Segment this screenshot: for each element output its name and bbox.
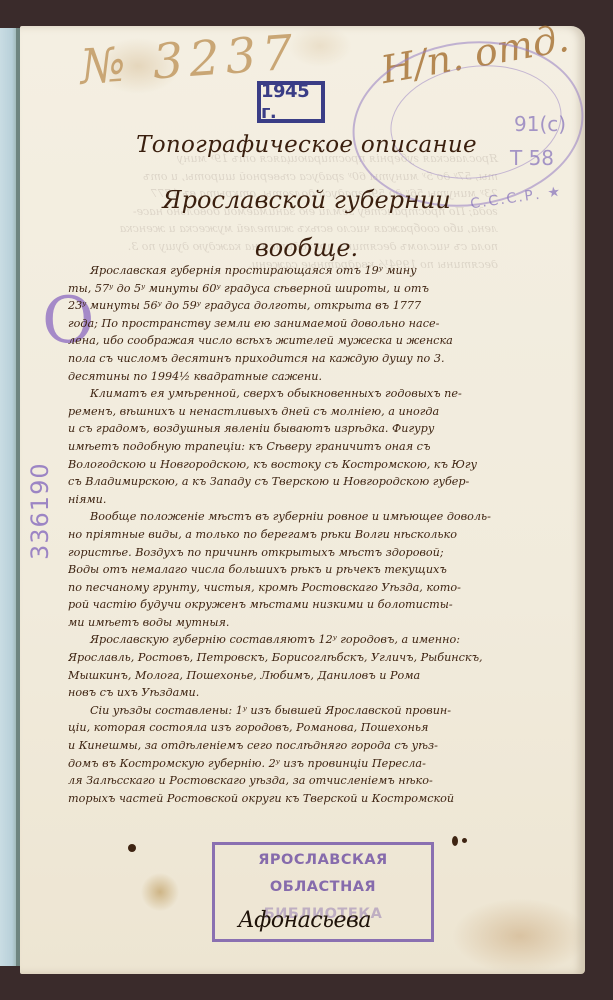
signature: Афонасьева	[238, 908, 371, 933]
text-line: торыхъ частей Ростовской округи къ Тверс…	[68, 790, 498, 808]
text-line: гористѣе. Воздухъ по причинѣ открытыхъ м…	[68, 544, 498, 562]
text-line: ля Залѣсскаго и Ростовскаго уѣзда, за от…	[68, 772, 498, 790]
text-line: ременъ, вѣшнихъ и ненастливыхъ дней съ м…	[68, 403, 498, 421]
text-line: Вообще положеніе мѣстъ въ губерніи ровно…	[68, 508, 498, 526]
text-line: имѣетъ подобную трапеціи: къ Сѣверу гран…	[68, 438, 498, 456]
text-line: Воды отъ немалаго числа большихъ рѣкъ и …	[68, 561, 498, 579]
text-line: по песчаному грунту, чистыя, кромѣ Росто…	[68, 579, 498, 597]
text-line: Мышкинъ, Молога, Пошехонье, Любимъ, Дани…	[68, 667, 498, 685]
text-line: Ярославская губернія простирающаяся отъ …	[68, 262, 498, 280]
text-line: Сіи уѣзды составлены: 1ʸ изъ бывшей Ярос…	[68, 702, 498, 720]
inventory-number: 336190	[26, 462, 54, 560]
library-stamp-line-2: ОБЛАСТНАЯ	[215, 874, 431, 901]
text-line: ніями.	[68, 491, 498, 509]
document-title-line-2: Ярославской губернии	[0, 186, 613, 214]
library-stamp-line-1: ЯРОСЛАВСКАЯ	[215, 847, 431, 874]
text-line: 23ʸ минуты 56ʸ до 59ʸ градуса долготы, о…	[68, 297, 498, 315]
text-line: и Кинешмы, за отдѣленіемъ сего послѣдняг…	[68, 737, 498, 755]
text-line: домъ въ Костромскую губернію. 2ʸ изъ про…	[68, 755, 498, 773]
text-line: Климатъ ея умѣренной, сверхъ обыкновенны…	[68, 385, 498, 403]
text-line: десятины по 1994½ квадратные сажени.	[68, 368, 498, 386]
text-line: Ярославскую губернію составляютъ 12ʸ гор…	[68, 631, 498, 649]
manuscript-body: Ярославская губернія простирающаяся отъ …	[68, 262, 498, 807]
text-line: рой частію будучи окруженъ мѣстами низки…	[68, 596, 498, 614]
text-line: ми имѣетъ воды мутныя.	[68, 614, 498, 632]
text-line: года; По пространству земли ею занимаемо…	[68, 315, 498, 333]
year-stamp: 1945 г.	[257, 81, 325, 123]
text-line: новъ съ ихъ Уѣздами.	[68, 684, 498, 702]
document-title-line-1: Топографическое описание	[0, 132, 613, 158]
text-line: ціи, которая состояла изъ городовъ, Рома…	[68, 719, 498, 737]
ink-blot	[452, 836, 458, 846]
text-line: ты, 57ʸ до 5ʸ минуты 60ʸ градуса сѣверно…	[68, 280, 498, 298]
text-line: но пріятные виды, а только по берегамъ р…	[68, 526, 498, 544]
text-line: лена, ибо соображая число всѣхъ жителей …	[68, 332, 498, 350]
ink-blot	[128, 844, 136, 852]
ink-blot	[462, 838, 467, 843]
text-line: и съ градомъ, воздушныя явленіи бываютъ …	[68, 420, 498, 438]
document-title-line-3: вообще.	[0, 234, 613, 262]
text-line: Вологодскою и Новгородскою, къ востоку с…	[68, 456, 498, 474]
text-line: Ярославль, Ростовъ, Петровскъ, Борисоглѣ…	[68, 649, 498, 667]
text-line: пола съ числомъ десятинъ приходится на к…	[68, 350, 498, 368]
text-line: съ Владимирскою, а къ Западу съ Тверскою…	[68, 473, 498, 491]
